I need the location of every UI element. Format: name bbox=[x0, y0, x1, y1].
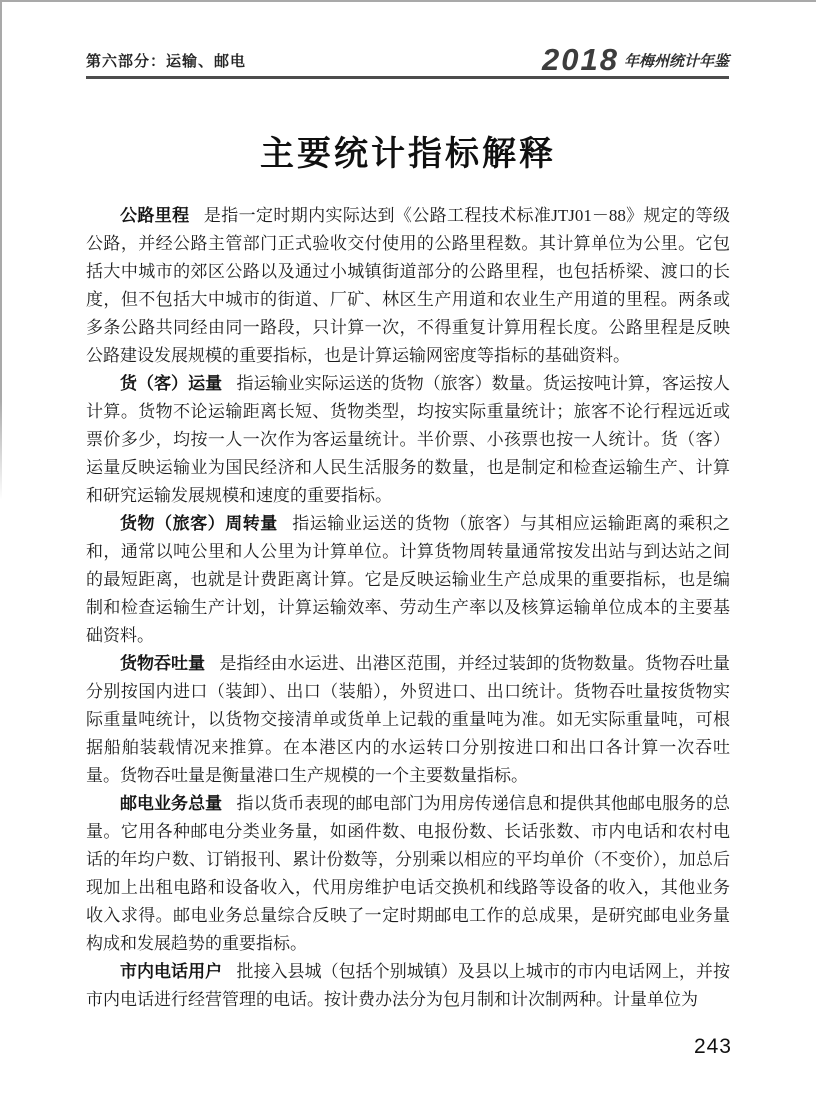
term-definition: 是指一定时期内实际达到《公路工程技术标准JTJ01－88》规定的等级公路，并经公… bbox=[86, 206, 730, 365]
term-label: 市内电话用户 bbox=[120, 962, 222, 981]
page-number: 243 bbox=[694, 1035, 732, 1059]
definition-paragraph: 市内电话用户批接入县城（包括个别城镇）及县以上城市的市内电话网上，并按市内电话进… bbox=[86, 958, 730, 1014]
definition-paragraph: 货物（旅客）周转量指运输业运送的货物（旅客）与其相应运输距离的乘积之和，通常以吨… bbox=[86, 510, 730, 650]
definition-paragraph: 邮电业务总量指以货币表现的邮电部门为用房传递信息和提供其他邮电服务的总量。它用各… bbox=[86, 790, 730, 958]
edition-label: 2018 年梅州统计年鉴 bbox=[542, 48, 729, 71]
term-label: 公路里程 bbox=[120, 206, 189, 225]
scan-edge-top-line bbox=[0, 0, 816, 2]
term-definition: 指运输业实际运送的货物（旅客）数量。货运按吨计算，客运按人计算。货物不论运输距离… bbox=[86, 374, 730, 505]
term-label: 货物吞吐量 bbox=[120, 654, 205, 673]
term-definition: 是指经由水运进、出港区范围，并经过装卸的货物数量。货物吞吐量分别按国内进口（装卸… bbox=[86, 654, 730, 785]
definition-paragraph: 货（客）运量指运输业实际运送的货物（旅客）数量。货运按吨计算，客运按人计算。货物… bbox=[86, 370, 730, 510]
term-label: 货（客）运量 bbox=[120, 374, 222, 393]
document-page: 第六部分：运输、邮电 2018 年梅州统计年鉴 主要统计指标解释 公路里程是指一… bbox=[0, 0, 816, 1099]
term-label: 邮电业务总量 bbox=[120, 794, 222, 813]
section-label: 第六部分：运输、邮电 bbox=[86, 50, 246, 71]
term-label: 货物（旅客）周转量 bbox=[120, 514, 278, 533]
yearbook-title: 年梅州统计年鉴 bbox=[624, 50, 729, 71]
document-body: 公路里程是指一定时期内实际达到《公路工程技术标准JTJ01－88》规定的等级公路… bbox=[86, 202, 730, 1014]
term-definition: 指运输业运送的货物（旅客）与其相应运输距离的乘积之和，通常以吨公里和人公里为计算… bbox=[86, 514, 730, 645]
page-title: 主要统计指标解释 bbox=[0, 126, 816, 175]
edition-year: 2018 bbox=[542, 48, 619, 71]
scan-edge-left-line bbox=[0, 0, 2, 500]
running-header: 第六部分：运输、邮电 2018 年梅州统计年鉴 bbox=[86, 48, 729, 79]
term-definition: 指以货币表现的邮电部门为用房传递信息和提供其他邮电服务的总量。它用各种邮电分类业… bbox=[86, 794, 730, 953]
definition-paragraph: 货物吞吐量是指经由水运进、出港区范围，并经过装卸的货物数量。货物吞吐量分别按国内… bbox=[86, 650, 730, 790]
definition-paragraph: 公路里程是指一定时期内实际达到《公路工程技术标准JTJ01－88》规定的等级公路… bbox=[86, 202, 730, 370]
